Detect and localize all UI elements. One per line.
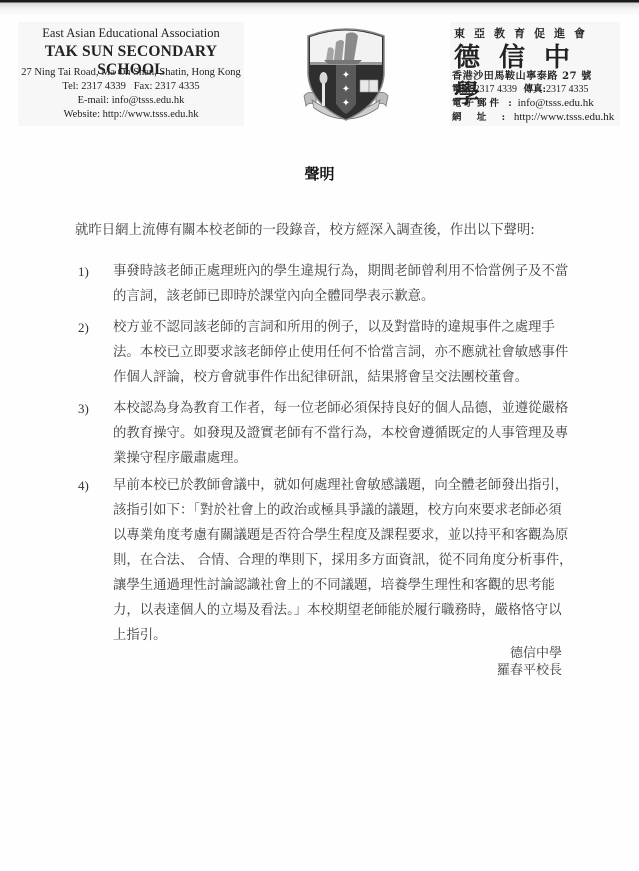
- item-line: 校方並不認同該老師的言詞和所用的例子，以及對當時的違規事件之處理手: [113, 320, 555, 336]
- tel-label-zh: 電話:: [452, 84, 475, 95]
- item-line: 的言詞，該老師已即時於課堂內向全體同學表示歉意。: [113, 289, 434, 305]
- svg-text:✦: ✦: [342, 98, 350, 109]
- item-number: 3): [78, 401, 89, 417]
- school-tel-fax-en: Tel: 2317 4339 Fax: 2317 4335: [18, 81, 244, 92]
- website-value-zh: http://www.tsss.edu.hk: [514, 111, 614, 123]
- top-edge-bar: [0, 0, 639, 16]
- item-line: 的教育操守。如發現及證實老師有不當行為，本校會遵循既定的人事管理及專: [113, 426, 568, 442]
- signature-school: 德信中學: [497, 645, 562, 662]
- association-name-en: East Asian Educational Association: [18, 26, 244, 41]
- school-website-en: Website: http://www.tsss.edu.hk: [18, 109, 244, 120]
- letterhead-chinese: 東亞教育促進會 德信中學 香港沙田馬鞍山寧泰路 27 號 電話:2317 433…: [450, 22, 620, 126]
- svg-text:✦: ✦: [342, 84, 350, 95]
- item-line: 早前本校已於教師會議中，就如何處理社會敏感議題，向全體老師發出指引，: [113, 478, 568, 494]
- item-line: 事發時該老師正處理班內的學生違規行為，期間老師曾利用不恰當例子及不當: [113, 264, 568, 280]
- school-email-zh: 電子郵件 : info@tsss.edu.hk: [452, 95, 620, 109]
- statement-title: 聲明: [0, 163, 639, 184]
- signature-principal: 羅春平校長: [497, 662, 562, 679]
- item-line: 本校認為身為教育工作者，每一位老師必須保持良好的個人品德，並遵從嚴格: [113, 401, 568, 417]
- signature-block: 德信中學 羅春平校長: [497, 645, 562, 679]
- fax-label-zh: 傳真:: [524, 84, 547, 95]
- statement-intro: 就昨日網上流傳有關本校老師的一段錄音，校方經深入調查後，作出以下聲明:: [75, 219, 575, 238]
- school-address-zh: 香港沙田馬鞍山寧泰路 27 號: [452, 67, 620, 82]
- tel-number-zh: 2317 4339: [475, 84, 518, 95]
- item-number: 2): [78, 320, 89, 336]
- item-number: 4): [78, 478, 89, 494]
- school-website-zh: 網 址 : http://www.tsss.edu.hk: [452, 109, 620, 123]
- item-line: 以專業角度考慮有關議題是否符合學生程度及課程要求，並以持平和客觀為原: [113, 528, 568, 544]
- email-label-zh: 電子郵件 :: [452, 98, 515, 109]
- school-address-en: 27 Ning Tai Road, Ma On Shan, Shatin, Ho…: [18, 67, 244, 78]
- school-email-en: E-mail: info@tsss.edu.hk: [18, 95, 244, 106]
- item-line: 讓學生通過理性討論認識社會上的不同議題，培養學生理性和客觀的思考能: [113, 578, 555, 594]
- school-crest-icon: ✦ ✦ ✦: [298, 24, 394, 122]
- item-line: 則，在合法、 合情、合理的準則下，採用多方面資訊，從不同角度分析事件，: [113, 553, 573, 569]
- school-tel-fax-zh: 電話:2317 4339 傳真:2317 4335: [452, 81, 620, 95]
- svg-text:✦: ✦: [342, 70, 350, 81]
- item-line: 作個人評論，校方會就事件作出紀律研訊，結果將會呈交法團校董會。: [113, 370, 528, 386]
- item-line: 業操守程序嚴肅處理。: [113, 451, 247, 467]
- item-line: 法。本校已立即要求該老師停止使用任何不恰當言詞，亦不應就社會敏感事件: [113, 345, 568, 361]
- website-label-zh: 網 址 :: [452, 112, 511, 123]
- item-number: 1): [78, 264, 89, 280]
- item-line: 上指引。: [113, 628, 167, 644]
- item-line: 該指引如下：「對於社會上的政治或極具爭議的議題，校方向來要求老師必須: [113, 503, 562, 519]
- fax-number-zh: 2317 4335: [546, 84, 589, 95]
- letterhead-english: East Asian Educational Association TAK S…: [18, 22, 244, 126]
- email-value-zh: info@tsss.edu.hk: [518, 97, 594, 109]
- item-line: 力，以表達個人的立場及看法。」本校期望老師能於履行職務時，嚴格恪守以: [113, 603, 562, 619]
